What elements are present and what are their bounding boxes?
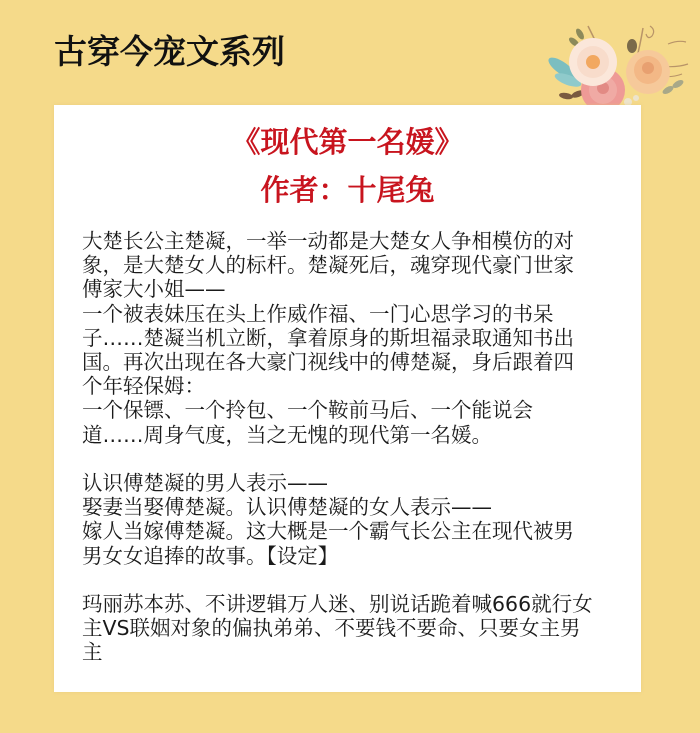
synopsis-card: 《现代第一名媛》 作者：十尾兔 大楚长公主楚凝，一举一动都是大楚女人争相模仿的对…: [54, 105, 641, 692]
text-line: 国。再次出现在各大豪门视线中的傅楚凝，身后跟着四: [82, 350, 622, 374]
flower-bouquet-icon: [548, 6, 696, 118]
synopsis-paragraph-3: 玛丽苏本苏、不讲逻辑万人迷、别说话跪着喊666就行女 主VS联姻对象的偏执弟弟、…: [82, 592, 622, 665]
author-line: 作者：十尾兔: [54, 171, 641, 209]
text-line: 一个保镖、一个拎包、一个鞍前马后、一个能说会: [82, 398, 622, 422]
text-line: 嫁人当嫁傅楚凝。这大概是一个霸气长公主在现代被男: [82, 519, 622, 543]
text-line: 一个被表妹压在头上作威作福、一门心思学习的书呆: [82, 302, 622, 326]
text-line: 道……周身气度，当之无愧的现代第一名媛。: [82, 423, 622, 447]
text-line: 象，是大楚女人的标杆。楚凝死后，魂穿现代豪门世家: [82, 253, 622, 277]
synopsis-paragraph-2: 认识傅楚凝的男人表示—— 娶妻当娶傅楚凝。认识傅楚凝的女人表示—— 嫁人当嫁傅楚…: [82, 471, 622, 568]
text-line: 傅家大小姐——: [82, 277, 622, 301]
text-line: 主VS联姻对象的偏执弟弟、不要钱不要命、只要女主男: [82, 616, 622, 640]
text-line: 个年轻保姆：: [82, 374, 622, 398]
text-line: 认识傅楚凝的男人表示——: [82, 471, 622, 495]
synopsis-body: 大楚长公主楚凝，一举一动都是大楚女人争相模仿的对 象，是大楚女人的标杆。楚凝死后…: [82, 229, 622, 665]
series-title: 古穿今宠文系列: [54, 30, 285, 74]
synopsis-paragraph-1: 大楚长公主楚凝，一举一动都是大楚女人争相模仿的对 象，是大楚女人的标杆。楚凝死后…: [82, 229, 622, 447]
text-line: 主: [82, 640, 622, 664]
book-title: 《现代第一名媛》: [54, 123, 641, 161]
text-line: 子……楚凝当机立断，拿着原身的斯坦福录取通知书出: [82, 326, 622, 350]
text-line: 男女女追捧的故事。【设定】: [82, 544, 622, 568]
text-line: 娶妻当娶傅楚凝。认识傅楚凝的女人表示——: [82, 495, 622, 519]
paragraph-gap: [82, 447, 622, 471]
text-line: 大楚长公主楚凝，一举一动都是大楚女人争相模仿的对: [82, 229, 622, 253]
paragraph-gap: [82, 568, 622, 592]
text-line: 玛丽苏本苏、不讲逻辑万人迷、别说话跪着喊666就行女: [82, 592, 622, 616]
